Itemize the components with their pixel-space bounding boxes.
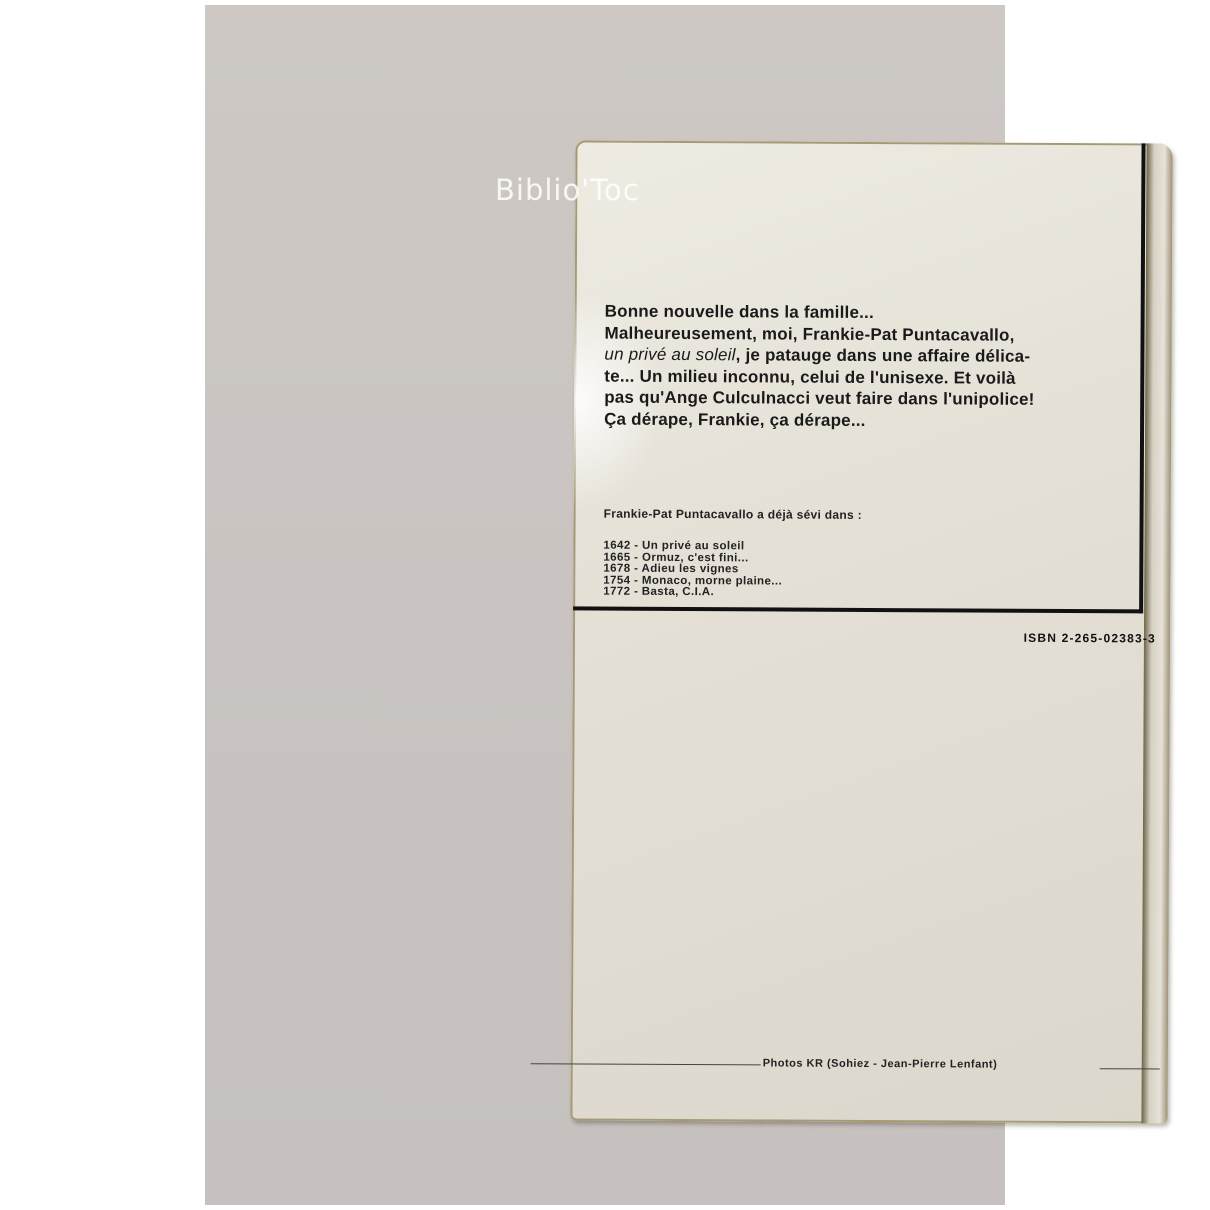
divider-right [1100,1068,1160,1069]
previous-titles-list: 1642 - Un privé au soleil 1665 - Ormuz, … [603,541,782,599]
product-photo: Bonne nouvelle dans la famille... Malheu… [205,5,1005,1205]
blurb-italic-title: un privé au soleil [604,345,735,365]
photo-credit: Photos KR (Sohiez - Jean-Pierre Lenfant) [763,1057,998,1070]
blurb-line-rest: , je patauge dans une affaire délica- [736,345,1031,366]
blurb-line: Bonne nouvelle dans la famille... [605,301,1135,325]
watermark-logo: Biblio'Toc [495,173,640,207]
isbn-number: ISBN 2-265-02383-3 [1024,631,1156,646]
blurb-line: Malheureusement, moi, Frankie-Pat Puntac… [605,322,1135,346]
photo-credit-line: Photos KR (Sohiez - Jean-Pierre Lenfant) [531,1058,1160,1077]
divider-left [531,1063,761,1065]
title-entry: 1772 - Basta, C.I.A. [603,587,782,599]
blurb-line: Ça dérape, Frankie, ça dérape... [604,408,1134,432]
blurb-line: pas qu'Ange Culculnacci veut faire dans … [604,387,1134,411]
blurb-line: un privé au soleil, je patauge dans une … [604,344,1134,368]
blurb-text: Bonne nouvelle dans la famille... Malheu… [604,301,1135,433]
blurb-line: te... Un milieu inconnu, celui de l'unis… [604,365,1134,389]
book-back-cover: Bonne nouvelle dans la famille... Malheu… [570,140,1172,1123]
series-heading: Frankie-Pat Puntacavallo a déjà sévi dan… [604,507,862,522]
